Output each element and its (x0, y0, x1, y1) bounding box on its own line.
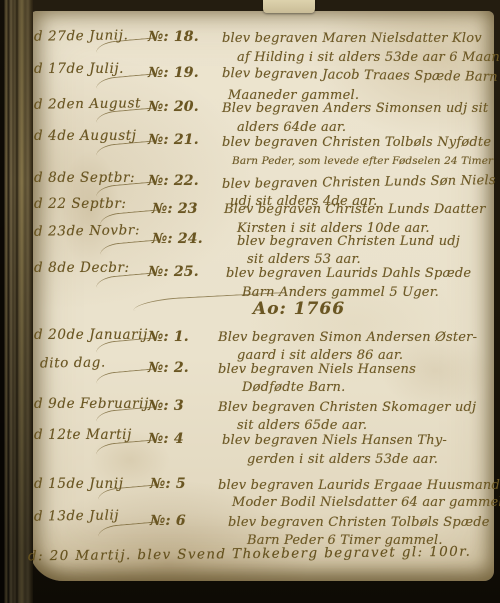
entry-number: №: 3 (148, 399, 184, 414)
entry-text-line: blev begraven Maren Nielsdatter Klov (222, 32, 482, 46)
entry-text-line: blev begraven Niels Hansens (218, 363, 416, 377)
entry-number: №: 24. (152, 232, 203, 247)
entry-date: d 4de Augustj (34, 129, 137, 144)
entry-text-line: Blev begraven Christen Skomager udj (218, 401, 476, 415)
entry-number: №: 4 (148, 432, 184, 447)
entry-text-line: Blev begraven Anders Simonsen udj sit (222, 102, 488, 116)
entry-text-line: blev begraven Christen Lund udj (237, 235, 460, 249)
year-heading: Ao: 1766 (253, 300, 345, 319)
entry-number: №: 5 (150, 477, 186, 492)
entry-date: d 13de Julij (34, 508, 119, 524)
entry-text-line: Blev begraven Christen Lunds Daatter (224, 203, 486, 217)
entry-date: d 17de Julij. (34, 62, 124, 77)
entry-text-line: Barn Peder, som levede efter Fødselen 24… (232, 156, 493, 168)
entry-number: №: 6 (150, 514, 186, 529)
entry-number: №: 19. (148, 66, 199, 81)
entry-text-line: gerden i sit alders 53de aar. (247, 453, 438, 467)
entry-date: d 23de Novbr: (34, 223, 140, 239)
entry-text-line: Blev begraven Simon Andersen Øster- (218, 331, 477, 345)
entry-text-line: Moder Bodil Nielsdatter 64 aar gammel (232, 496, 500, 510)
entry-number: №: 1. (148, 330, 189, 345)
entry-text-line: blev begraven Laurids Dahls Spæde (226, 267, 471, 281)
entry-text-line: blev begraven Christen Tolbøls Spæde (228, 516, 490, 530)
entry-number: №: 20. (148, 100, 199, 115)
entry-date: d 8de Decbr: (34, 261, 130, 276)
entry-number: №: 21. (148, 133, 199, 148)
entry-text-line: af Hilding i sit alders 53de aar 6 Maane… (237, 51, 500, 65)
entry-date: d 12te Martij (34, 428, 132, 443)
entry-text-line: alders 64de aar. (237, 121, 346, 135)
entry-number: №: 18. (148, 30, 199, 45)
entry-text-line: blev begraven Christen Tolbøls Nyfødte (222, 136, 491, 150)
entry-date: d 22 Septbr: (34, 197, 127, 212)
manuscript-page-photo: d 27de Junij. №: 18. blev begraven Maren… (0, 0, 500, 603)
entry-number: №: 2. (148, 361, 189, 376)
top-edge-gap (263, 0, 315, 13)
entry-text-line: Dødfødte Barn. (242, 381, 345, 395)
entry-number: №: 23 (152, 202, 198, 217)
book-binding-edge (0, 0, 33, 603)
entry-number: №: 22. (148, 174, 199, 189)
entry-date: dito dag. (40, 356, 106, 372)
entry-text-line: blev begraven Laurids Ergaae Huusmands (218, 479, 500, 493)
entry-number: №: 25. (148, 265, 199, 280)
entry-text-line: blev begraven Niels Hansen Thy- (222, 434, 447, 448)
entry-text-line: sit alders 65de aar. (237, 419, 367, 433)
